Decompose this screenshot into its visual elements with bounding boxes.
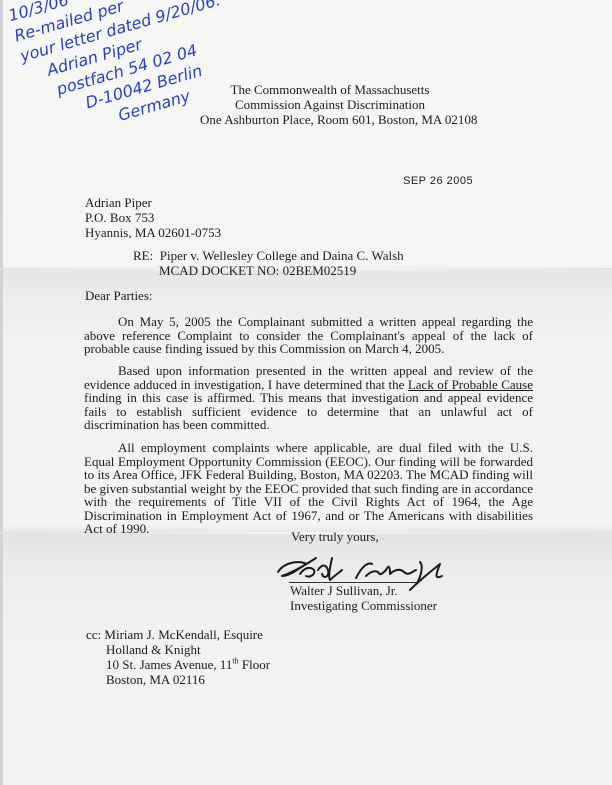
re-docket: MCAD DOCKET NO: 02BEM02519 xyxy=(133,263,404,278)
re-case: Piper v. Wellesley College and Daina C. … xyxy=(160,248,404,263)
body-paragraph-3: All employment complaints where applicab… xyxy=(84,441,533,536)
salutation: Dear Parties: xyxy=(85,288,153,303)
letterhead: The Commonwealth of Massachusetts Commis… xyxy=(200,82,460,127)
cc-street-text: 10 St. James Avenue, 11 xyxy=(106,657,232,672)
paragraph-text: finding in this case is affirmed. This m… xyxy=(84,390,533,432)
letterhead-line: One Ashburton Place, Room 601, Boston, M… xyxy=(200,112,460,127)
signer-block: Walter J Sullivan, Jr. Investigating Com… xyxy=(290,583,437,613)
cc-city: Boston, MA 02116 xyxy=(86,672,270,687)
body-paragraph-2: Based upon information presented in the … xyxy=(84,364,533,432)
scanned-letter-page: 10/3/06 Re-mailed per your letter dated … xyxy=(0,0,612,785)
letterhead-line: Commission Against Discrimination xyxy=(200,97,460,112)
signer-name: Walter J Sullivan, Jr. xyxy=(290,583,437,598)
recipient-name: Adrian Piper xyxy=(85,195,221,210)
letterhead-line: The Commonwealth of Massachusetts xyxy=(200,82,460,97)
body-paragraph-1: On May 5, 2005 the Complainant submitted… xyxy=(84,315,533,356)
cc-street: 10 St. James Avenue, 11th Floor xyxy=(86,657,270,672)
cc-block: cc: Miriam J. McKendall, Esquire Holland… xyxy=(86,627,270,687)
signer-title: Investigating Commissioner xyxy=(290,598,437,613)
cc-street-text: Floor xyxy=(239,657,270,672)
cc-name: Miriam J. McKendall, Esquire xyxy=(104,627,263,642)
re-label: RE: xyxy=(133,248,153,263)
closing: Very truly yours, xyxy=(291,529,379,544)
page-edge xyxy=(0,0,3,785)
cc-label: cc: xyxy=(86,627,101,642)
re-block: RE: Piper v. Wellesley College and Daina… xyxy=(133,248,404,278)
recipient-address: Adrian Piper P.O. Box 753 Hyannis, MA 02… xyxy=(85,195,221,240)
date-stamp: SEP 26 2005 xyxy=(403,175,473,187)
cc-firm: Holland & Knight xyxy=(86,642,270,657)
recipient-address-line: P.O. Box 753 xyxy=(85,210,221,225)
recipient-address-line: Hyannis, MA 02601-0753 xyxy=(85,225,221,240)
